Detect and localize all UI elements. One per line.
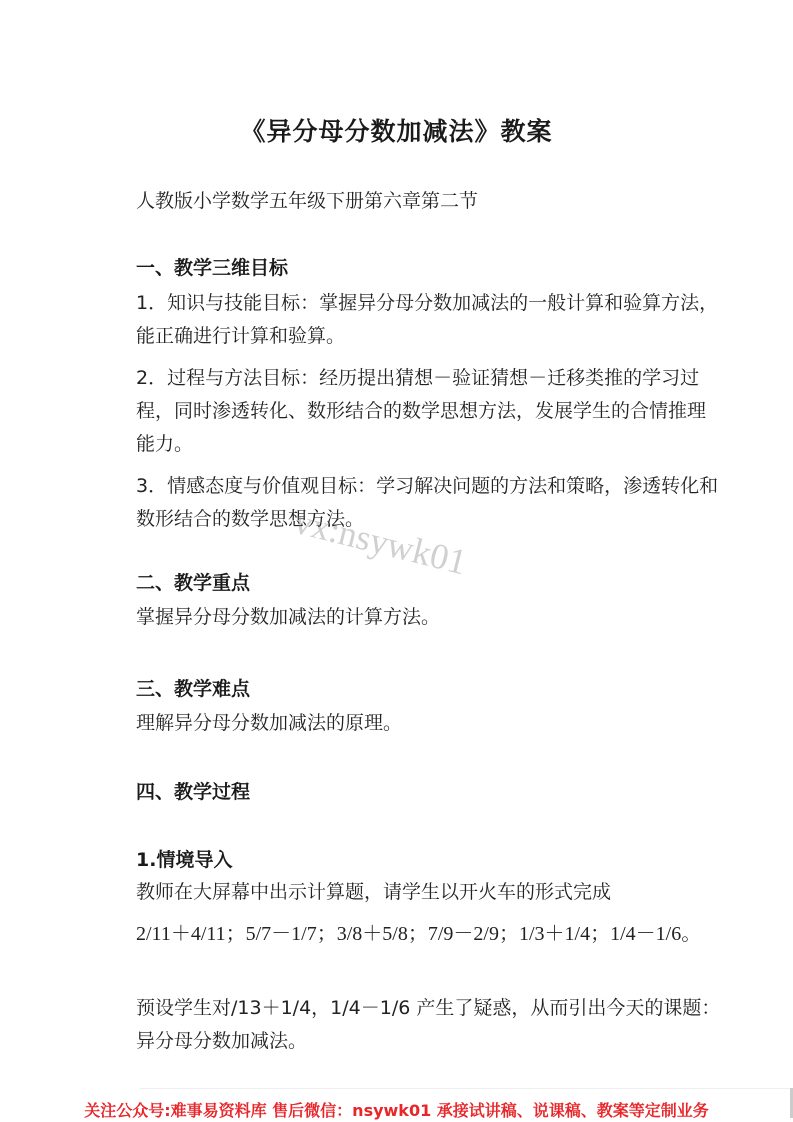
- subsection-heading-intro: 1.情境导入: [136, 845, 232, 872]
- footer-divider: [140, 1088, 790, 1089]
- document-title: 《异分母分数加减法》教案: [0, 112, 793, 148]
- section-heading-difficulties: 三、教学难点: [136, 674, 250, 701]
- intro-paragraph-2: 预设学生对/13＋1/4，1/4－1/6 产生了疑惑，从而引出今天的课题：异分母…: [136, 992, 721, 1058]
- footer-banner: 关注公众号:难事易资料库 售后微信：nsywk01 承接试讲稿、说课稿、教案等定…: [0, 1098, 793, 1121]
- document-page: 《异分母分数加减法》教案 人教版小学数学五年级下册第六章第二节 一、教学三维目标…: [0, 0, 793, 1122]
- section-heading-objectives: 一、教学三维目标: [136, 253, 288, 280]
- intro-paragraph-1: 教师在大屏幕中出示计算题，请学生以开火车的形式完成: [136, 876, 721, 909]
- objective-knowledge: 1．知识与技能目标：掌握异分母分数加减法的一般计算和验算方法，能正确进行计算和验…: [136, 287, 721, 353]
- objective-process: 2．过程与方法目标：经历提出猜想－验证猜想－迁移类推的学习过程，同时渗透转化、数…: [136, 362, 721, 461]
- section-heading-process: 四、教学过程: [136, 777, 250, 804]
- objective-emotion: 3．情感态度与价值观目标：学习解决问题的方法和策略，渗透转化和数形结合的数学思想…: [136, 470, 721, 536]
- section-heading-key-points: 二、教学重点: [136, 568, 250, 595]
- key-points-text: 掌握异分母分数加减法的计算方法。: [136, 601, 721, 634]
- document-subtitle: 人教版小学数学五年级下册第六章第二节: [136, 186, 478, 213]
- difficulties-text: 理解异分母分数加减法的原理。: [136, 707, 721, 740]
- intro-calculations: 2/11＋4/11；5/7－1/7；3/8＋5/8；7/9－2/9；1/3＋1/…: [136, 916, 721, 952]
